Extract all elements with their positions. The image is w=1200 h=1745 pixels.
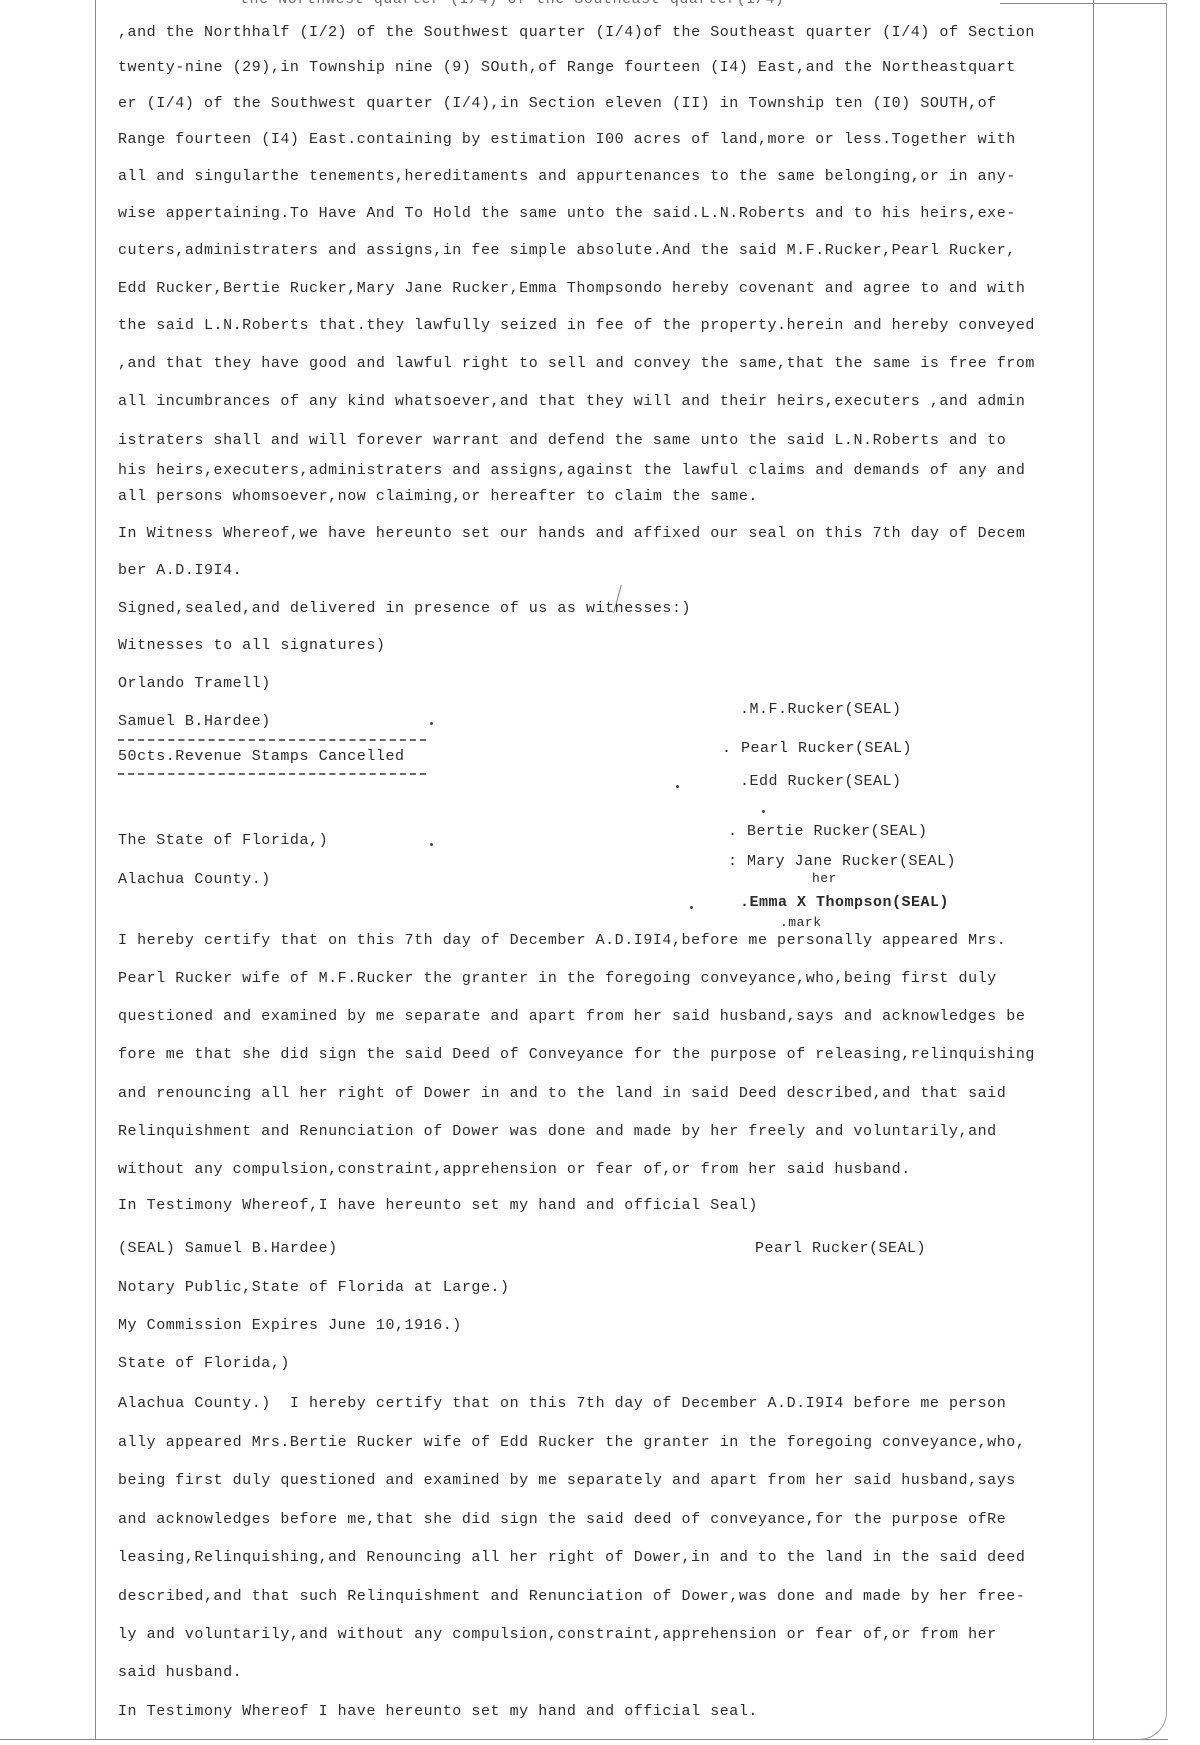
acknowledgment-line: fore me that she did sign the said Deed … <box>118 1046 1035 1064</box>
deed-line: his heirs,executers,administraters and a… <box>118 462 1025 480</box>
testimony-line: In Testimony Whereof,I have hereunto set… <box>118 1197 758 1215</box>
deed-line: istraters shall and will forever warrant… <box>118 432 1006 450</box>
acknowledgment-line: I hereby certify that on this 7th day of… <box>118 932 1006 950</box>
acknowledgment-line: without any compulsion,constraint,appreh… <box>118 1161 911 1179</box>
deed-line: twenty-nine (29),in Township nine (9) SO… <box>118 59 1016 77</box>
signatory-emma-thompson: .Emma X Thompson(SEAL) <box>740 894 949 912</box>
deed-line: Edd Rucker,Bertie Rucker,Mary Jane Rucke… <box>118 280 1025 298</box>
deed-line: all incumbrances of any kind whatsoever,… <box>118 393 1025 411</box>
witness-clause: ber A.D.I9I4. <box>118 562 242 580</box>
signed-sealed-line: Signed,sealed,and delivered in presence … <box>118 600 691 618</box>
stamp-dash-rule <box>118 739 426 744</box>
venue-state-2: State of Florida,) <box>118 1355 290 1373</box>
acknowledgment-2-line: and acknowledges before me,that she did … <box>118 1511 1006 1529</box>
deed-line: the said L.N.Roberts that.they lawfully … <box>118 317 1035 335</box>
deed-line: er (I/4) of the Southwest quarter (I/4),… <box>118 95 997 113</box>
page-edge <box>1093 3 1167 1740</box>
mark-her-label: her <box>812 870 837 888</box>
deed-line: cuters,administraters and assigns,in fee… <box>118 242 1016 260</box>
top-edge-rule <box>1000 3 1093 4</box>
revenue-stamps-note: 50cts.Revenue Stamps Cancelled <box>118 748 405 766</box>
acknowledgment-2-line: leasing,Relinquishing,and Renouncing all… <box>118 1549 1025 1567</box>
acknowledgment-line: questioned and examined by me separate a… <box>118 1008 1025 1026</box>
ink-speck <box>430 843 433 846</box>
left-margin-rule <box>95 0 96 1740</box>
mark-label: .mark <box>780 914 822 932</box>
testimony-line-2: In Testimony Whereof I have hereunto set… <box>118 1703 758 1721</box>
ink-speck <box>430 722 433 725</box>
deed-line: Range fourteen (I4) East.containing by e… <box>118 131 1016 149</box>
witness-name: Samuel B.Hardee) <box>118 713 271 731</box>
deed-line: wise appertaining.To Have And To Hold th… <box>118 205 1016 223</box>
signatory-edd-rucker: .Edd Rucker(SEAL) <box>740 773 902 791</box>
acknowledgment-2-line: ly and voluntarily,and without any compu… <box>118 1626 997 1644</box>
acknowledgment-2-line: ally appeared Mrs.Bertie Rucker wife of … <box>118 1434 1025 1452</box>
deed-line: ,and that they have good and lawful righ… <box>118 355 1035 373</box>
signatory-mary-jane-rucker: : Mary Jane Rucker(SEAL) <box>728 853 956 871</box>
document-page: the Northwest quarter (I/4) of the South… <box>0 0 1200 1745</box>
stamp-dash-rule <box>118 773 426 778</box>
ink-speck <box>676 785 679 788</box>
witness-clause: In Witness Whereof,we have hereunto set … <box>118 525 1025 543</box>
acknowledgment-line: Pearl Rucker wife of M.F.Rucker the gran… <box>118 970 997 988</box>
venue-county: Alachua County.) <box>118 871 271 889</box>
cut-off-top-line: the Northwest quarter (I/4) of the South… <box>240 0 784 9</box>
bottom-edge-rule <box>0 1739 1168 1740</box>
notary-commission: My Commission Expires June 10,1916.) <box>118 1317 462 1335</box>
acknowledgment-2-line: described,and that such Relinquishment a… <box>118 1588 1025 1606</box>
witness-name: Orlando Tramell) <box>118 675 271 693</box>
acknowledgment-line: and renouncing all her right of Dower in… <box>118 1085 1006 1103</box>
signatory-pearl-rucker: . Pearl Rucker(SEAL) <box>722 740 912 758</box>
acknowledgment-line: Relinquishment and Renunciation of Dower… <box>118 1123 997 1141</box>
deed-line: all and singularthe tenements,hereditame… <box>118 168 1016 186</box>
acknowledgment-2-line: Alachua County.) I hereby certify that o… <box>118 1395 1006 1413</box>
acknowledgment-2-line: said husband. <box>118 1664 242 1682</box>
notary-seal-line: (SEAL) Samuel B.Hardee) <box>118 1240 338 1258</box>
venue-state: The State of Florida,) <box>118 832 328 850</box>
deed-line: all persons whomsoever,now claiming,or h… <box>118 488 758 506</box>
acknowledger-signature: Pearl Rucker(SEAL) <box>755 1240 926 1258</box>
ink-speck <box>690 906 693 909</box>
notary-title: Notary Public,State of Florida at Large.… <box>118 1279 510 1297</box>
witnesses-heading: Witnesses to all signatures) <box>118 637 385 655</box>
signatory-bertie-rucker: . Bertie Rucker(SEAL) <box>728 823 928 841</box>
signatory-mf-rucker: .M.F.Rucker(SEAL) <box>740 701 902 719</box>
deed-line: ,and the Northhalf (I/2) of the Southwes… <box>118 24 1035 42</box>
ink-speck <box>762 810 765 813</box>
acknowledgment-2-line: being first duly questioned and examined… <box>118 1472 1016 1490</box>
